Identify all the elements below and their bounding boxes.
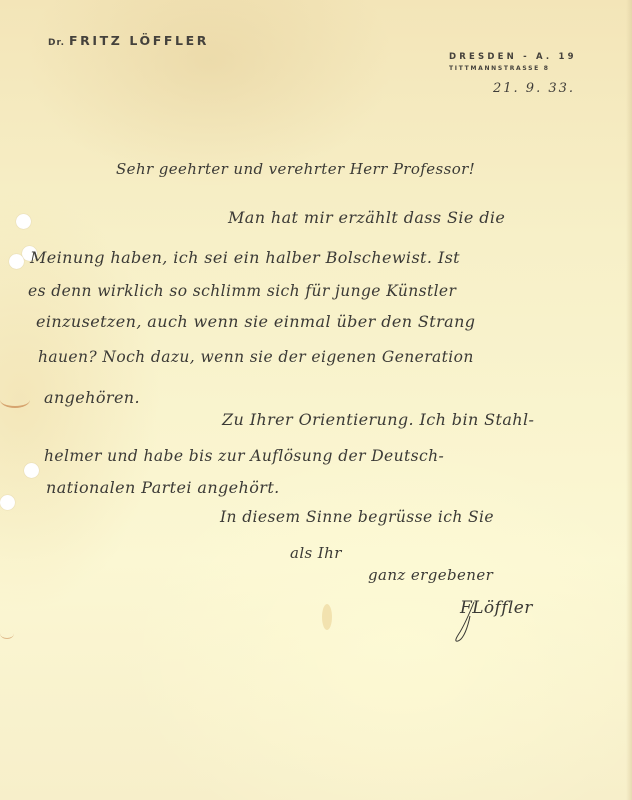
body-line: In diesem Sinne begrüsse ich Sie (220, 508, 494, 526)
body-line: Meinung haben, ich sei ein halber Bolsch… (30, 248, 460, 267)
punch-hole (24, 463, 39, 478)
punch-hole (0, 495, 15, 510)
body-line: nationalen Partei angehört. (46, 478, 280, 497)
address-city: DRESDEN - A. 19 (449, 52, 577, 62)
letterhead-name: Dr.FRITZ LÖFFLER (48, 33, 209, 48)
stain-mark (0, 392, 30, 408)
body-line: Zu Ihrer Orientierung. Ich bin Stahl- (222, 410, 534, 429)
body-line: Man hat mir erzählt dass Sie die (228, 208, 505, 227)
letterhead-sender: FRITZ LÖFFLER (69, 33, 209, 48)
stain-mark (322, 604, 332, 630)
punch-hole (16, 214, 31, 229)
closing-line: ganz ergebener (368, 566, 493, 584)
body-line: helmer und habe bis zur Auflösung der De… (44, 447, 444, 465)
letter-date: 21. 9. 33. (493, 81, 575, 96)
body-line: angehören. (44, 388, 140, 407)
address-street: TITTMANNSTRASSE 8 (449, 65, 550, 72)
stain-mark (0, 628, 14, 639)
body-line: es denn wirklich so schlimm sich für jun… (28, 282, 456, 300)
letterhead-title: Dr. (48, 38, 65, 48)
letter-page: Dr.FRITZ LÖFFLER DRESDEN - A. 19 TITTMAN… (0, 0, 632, 800)
closing-line: als Ihr (290, 544, 342, 562)
salutation: Sehr geehrter und verehrter Herr Profess… (116, 160, 475, 178)
paper-edge (626, 0, 632, 800)
signature-flourish (452, 598, 482, 644)
body-line: hauen? Noch dazu, wenn sie der eigenen G… (38, 348, 474, 366)
punch-hole (9, 254, 24, 269)
body-line: einzusetzen, auch wenn sie einmal über d… (36, 312, 475, 331)
